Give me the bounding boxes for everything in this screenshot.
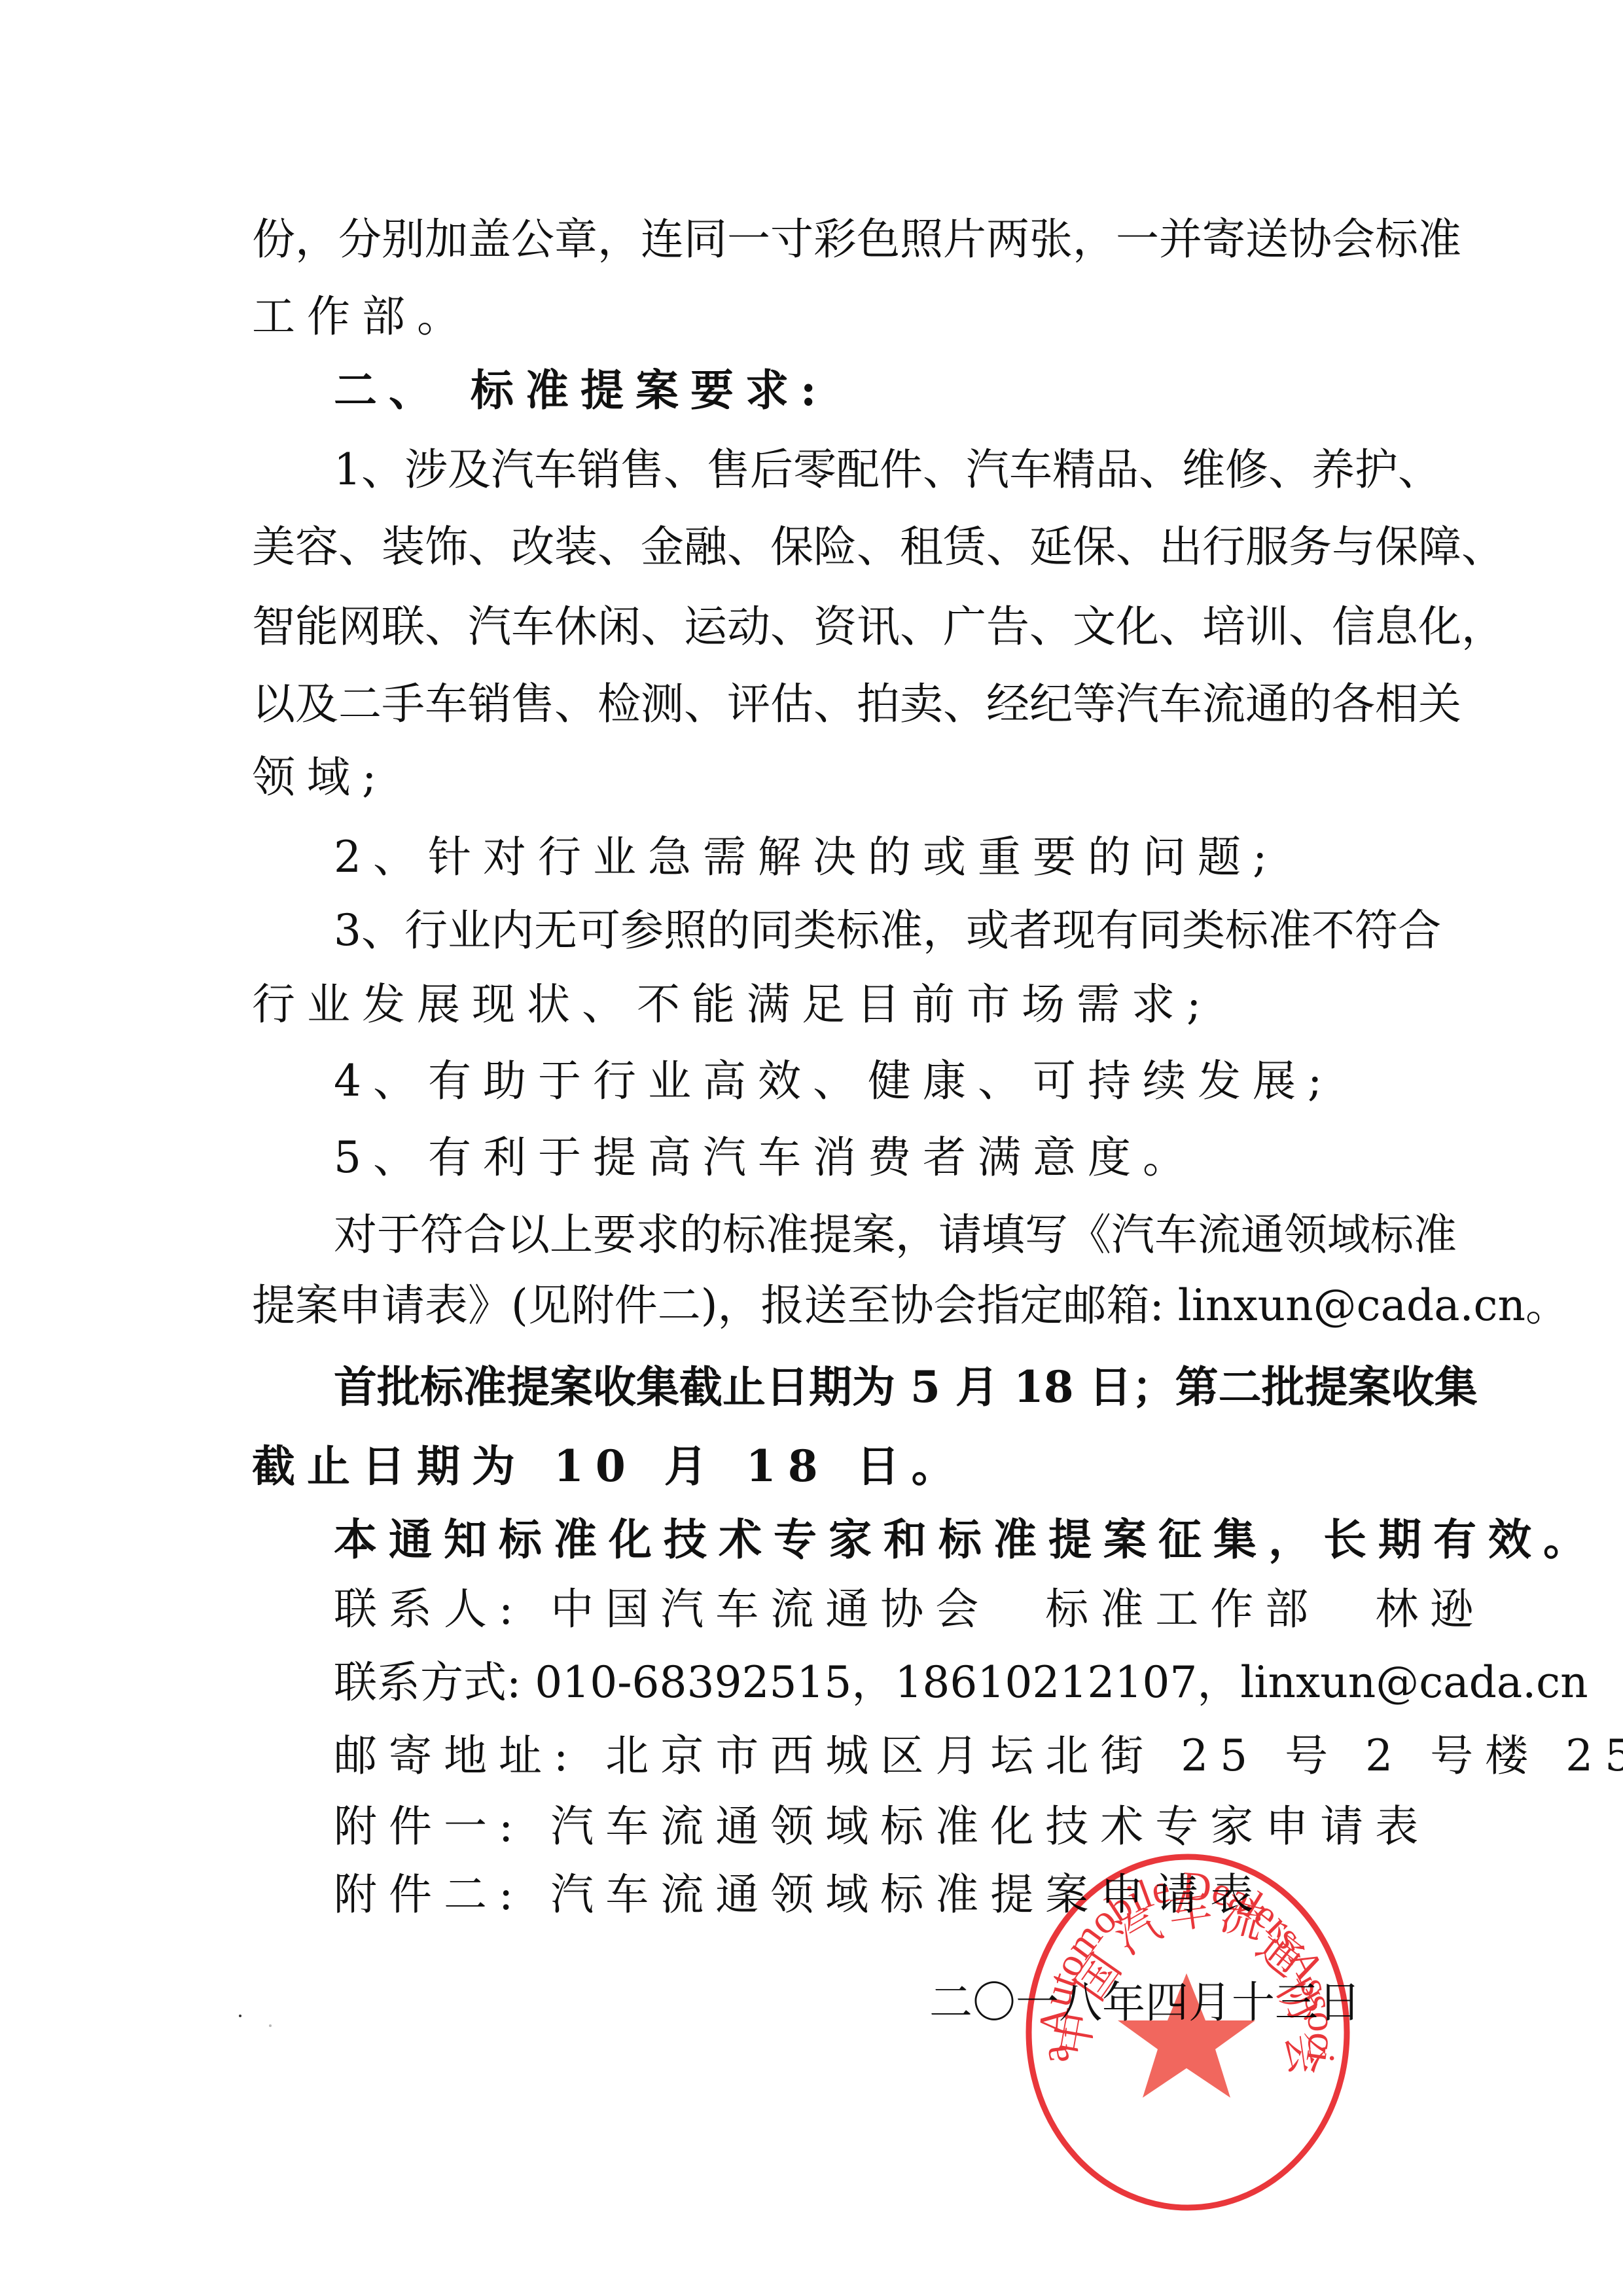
submission-instruction-line-1: 对于符合以上要求的标准提案，请填写《汽车流通领域标准 <box>334 1209 1368 1261</box>
validity-notice: 本通知标准化技术专家和标准提案征集，长期有效。 <box>334 1513 1368 1566</box>
contact-person: 联系人: 中国汽车流通协会 标准工作部 林逊 <box>334 1583 1368 1636</box>
attachment-1: 附件一: 汽车流通领域标准化技术专家申请表 <box>334 1801 1368 1853</box>
document-page: 份，分别加盖公章，连同一寸彩色照片两张，一并寄送协会标准 工作部。 二、 标准提… <box>0 0 1623 2296</box>
requirement-1-line-2: 美容、装饰、改装、金融、保险、租赁、延保、出行服务与保障、 <box>252 521 1368 573</box>
requirement-1-line-4: 以及二手车销售、检测、评估、拍卖、经纪等汽车流通的各相关 <box>252 678 1368 730</box>
requirement-3-line-1: 3、行业内无可参照的同类标准，或者现有同类标准不符合 <box>334 905 1368 957</box>
section-heading-2: 二、 标准提案要求: <box>334 364 1368 416</box>
svg-text:中: 中 <box>1046 2008 1103 2059</box>
deadline-line-2: 截止日期为 10 月 18 日。 <box>252 1440 1368 1492</box>
requirement-4: 4、有助于行业高效、健康、可持续发展; <box>334 1055 1368 1107</box>
contact-info: 联系方式: 010-68392515，18610212107，linxun@ca… <box>334 1657 1368 1709</box>
mailing-address: 邮寄地址: 北京市西城区月坛北街 25 号 2 号楼 2501 室。 <box>334 1730 1368 1782</box>
svg-text:车: 车 <box>1166 1883 1215 1939</box>
svg-text:会: 会 <box>1276 2029 1332 2079</box>
scan-speck <box>239 2015 241 2017</box>
seal-star-icon <box>1118 1973 1255 2098</box>
requirement-1-line-5: 领域; <box>252 751 1368 804</box>
scan-speck <box>269 2024 272 2027</box>
body-line-1: 份，分别加盖公章，连同一寸彩色照片两张，一并寄送协会标准 <box>252 213 1368 266</box>
requirement-2: 2、针对行业急需解决的或重要的问题; <box>334 831 1368 884</box>
requirement-1-line-3: 智能网联、汽车休闲、运动、资讯、广告、文化、培训、信息化， <box>252 601 1368 653</box>
submission-instruction-line-2: 提案申请表》(见附件二)，报送至协会指定邮箱: linxun@cada.cn。 <box>252 1280 1368 1332</box>
requirement-5: 5、有利于提高汽车消费者满意度。 <box>334 1132 1368 1184</box>
official-seal-stamp: China Automobile Dealers Association 中 国… <box>1021 1849 1355 2215</box>
deadline-line-1: 首批标准提案收集截止日期为 5 月 18 日；第二批提案收集 <box>334 1361 1368 1413</box>
requirement-3-line-2: 行业发展现状、不能满足目前市场需求; <box>252 978 1368 1031</box>
body-line-2: 工作部。 <box>252 291 1368 343</box>
requirement-1-line-1: 1、涉及汽车销售、售后零配件、汽车精品、维修、养护、 <box>334 444 1368 496</box>
